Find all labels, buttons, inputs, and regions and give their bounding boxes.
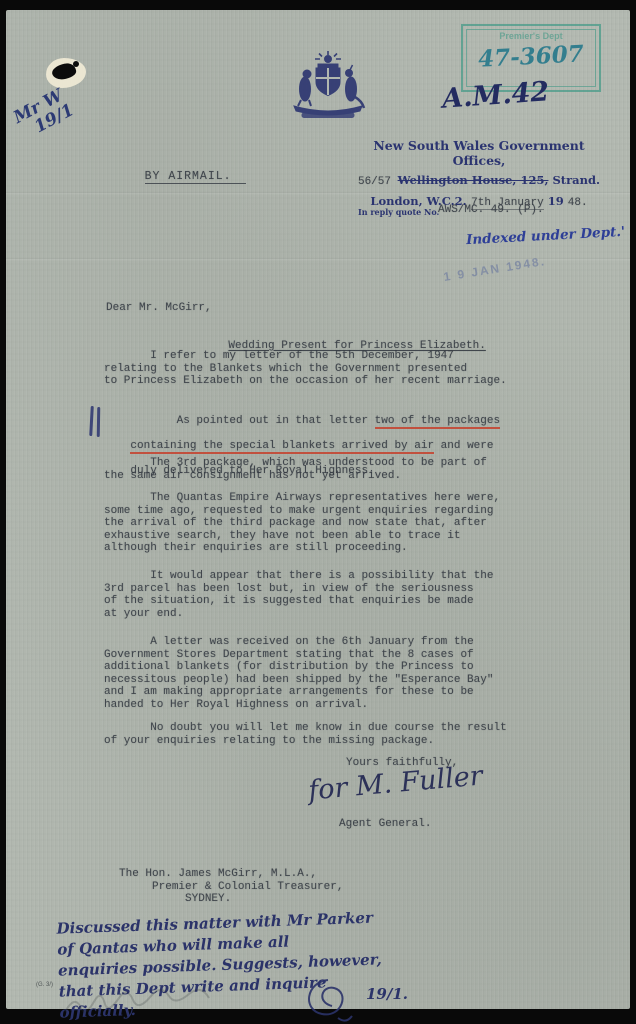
minute-date: 19/1. <box>366 985 408 1003</box>
margin-emphasis-tick <box>89 406 93 436</box>
letterhead-year-typed: 48. <box>568 197 588 209</box>
letterhead-year-printed: 19 <box>544 194 568 208</box>
margin-emphasis-tick <box>97 407 100 437</box>
paragraph-3: The 3rd package, which was understood to… <box>104 457 487 482</box>
reference-number: AWS/MC. 49. (P). <box>438 204 544 217</box>
paragraph-7: No doubt you will let me know in due cou… <box>104 722 507 747</box>
letterhead-street-end: Strand. <box>548 173 600 187</box>
letter-paper: Mr W 19/1 Premier's Dept 47-3607 A.M.42 <box>6 10 630 1009</box>
letterhead-street-number: 56/57 <box>358 176 398 188</box>
coat-of-arms-icon <box>278 50 378 133</box>
paragraph-4: The Quantas Empire Airways representativ… <box>104 492 500 555</box>
salutation: Dear Mr. McGirr, <box>106 302 212 315</box>
signatory-title: Agent General. <box>339 818 431 831</box>
signature: for M. Fuller <box>307 760 484 806</box>
margin-annotation: Mr W 19/1 <box>11 85 77 143</box>
ink-blot-halo <box>46 58 86 88</box>
ink-blot-dot <box>73 61 79 67</box>
recipient-address: The Hon. James McGirr, M.L.A., Premier &… <box>119 868 343 906</box>
form-number-print: (G. 3/) <box>36 982 53 988</box>
paragraph-6: A letter was received on the 6th January… <box>104 636 493 711</box>
photographed-letter-page: { "stamps": { "premier_box_label": "Prem… <box>0 0 636 1024</box>
airmail-label: BY AIRMAIL. <box>145 170 246 184</box>
stamp-file-number: 47-3607 <box>462 39 599 73</box>
letterhead-office: New South Wales Government Offices, <box>346 138 612 168</box>
red-underlined-text: containing the special blankets arrived … <box>130 440 434 454</box>
file-reference-handwritten: A.M.42 <box>441 76 550 114</box>
red-underlined-text: two of the packages <box>375 415 500 429</box>
letterhead: New South Wales Government Offices, 56/5… <box>346 138 612 210</box>
letterhead-street-struck: Wellington House, 125, <box>398 173 549 187</box>
indexed-note: Indexed under Dept.' <box>466 224 626 248</box>
faint-pencil-signature <box>61 988 241 1023</box>
paragraph-5: It would appear that there is a possibil… <box>104 570 493 620</box>
paragraph-1: I refer to my letter of the 5th December… <box>104 350 507 388</box>
reply-quote-label: In reply quote No. <box>358 207 439 217</box>
